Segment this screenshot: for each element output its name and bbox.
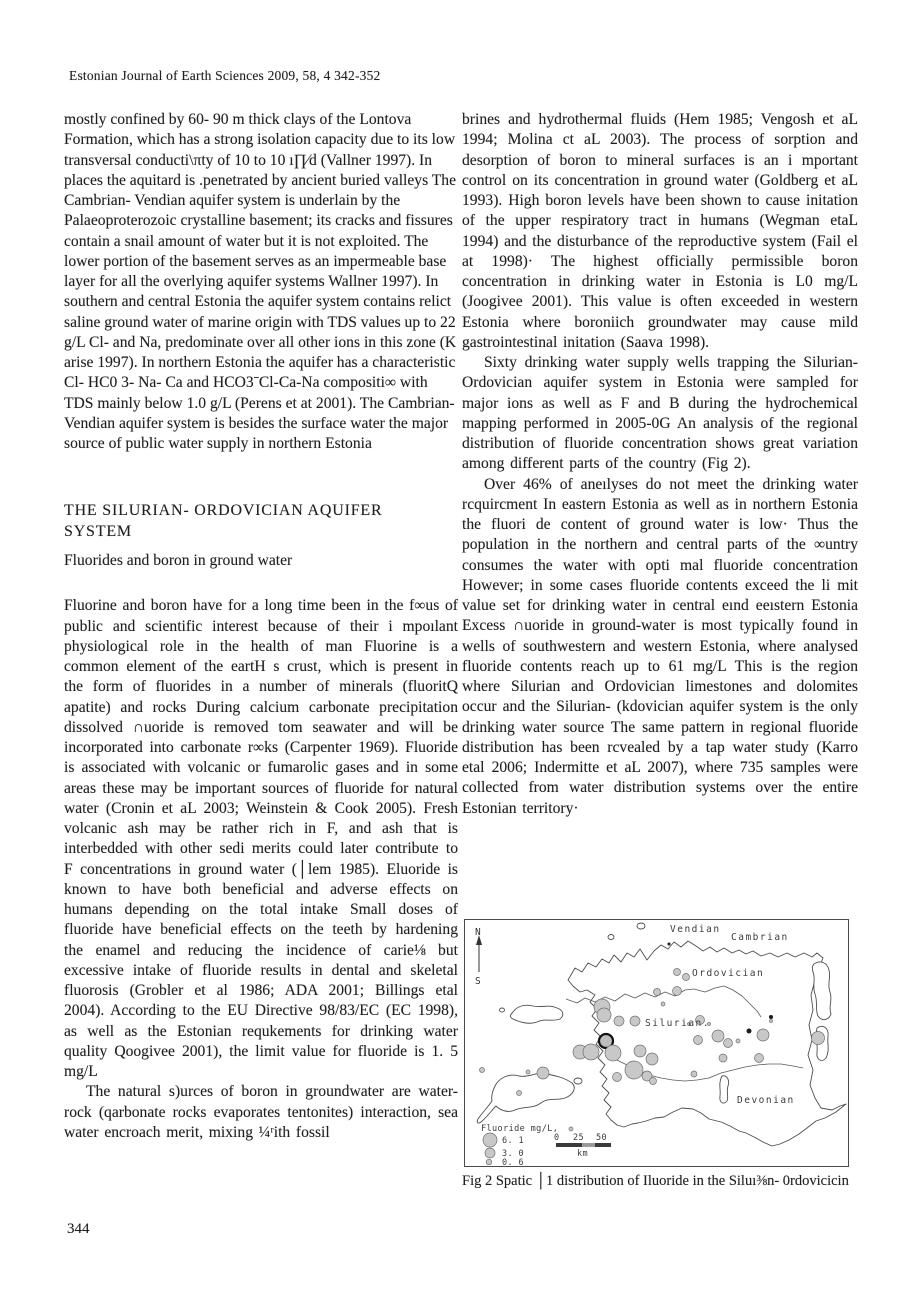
fluoride-well-circle — [614, 1016, 624, 1026]
paragraph-over-46: Over 46% of aneılyses do not meet the dr… — [462, 475, 858, 819]
fluoride-well-circle — [654, 989, 661, 996]
fluoride-well-circle — [668, 943, 671, 946]
fluoride-well-circle — [661, 1002, 665, 1006]
fluoride-well-circle — [712, 1030, 724, 1042]
left-column: mostly confined by 60- 90 m thick clays … — [64, 110, 458, 1143]
journal-header: Estonian Journal of Earth Sciences 2009,… — [69, 68, 381, 84]
region-label-ordovician: Ordovician — [692, 968, 764, 979]
section-heading-line1: THE SILURIAN- ORDOVICIAN AQUIFER — [64, 502, 382, 519]
figure-caption: Fig 2 Spatic │1 distribution of Iluoride… — [462, 1173, 872, 1190]
lake-vortsjarv-outline — [720, 1076, 729, 1103]
figure-2-map: N S Vendian Cambrian — [464, 919, 849, 1167]
paragraph-boron-sources: The natural s)urces of boron in groundwa… — [64, 1082, 458, 1143]
fluoride-well-circle — [634, 1045, 646, 1057]
scale-bar: 0 25 50 km — [554, 1133, 611, 1159]
compass-north-label: N — [475, 927, 481, 938]
paragraph-aquifer-confinement: mostly confined by 60- 90 m thick clays … — [64, 110, 458, 454]
fluoride-well-circle — [755, 1054, 764, 1063]
saaremaa-island — [477, 1073, 574, 1123]
legend-label-small: 0. 6 — [502, 1158, 524, 1166]
ordovician-silurian-boundary — [566, 986, 761, 1017]
legend-title: Fluoride mg/L, — [481, 1124, 558, 1134]
fluoride-well-circle — [646, 1053, 658, 1065]
fluoride-well-circle — [674, 969, 681, 976]
section-heading-line2: SYSTEM — [64, 523, 132, 540]
fluoride-well-circle — [613, 1073, 622, 1082]
scale-unit: km — [577, 1149, 588, 1159]
region-label-vendian: Vendian — [670, 924, 721, 935]
fluoride-well-circle — [569, 1127, 573, 1131]
section-subheading: Fluorides and boron in ground water — [64, 551, 458, 571]
section-heading: THE SILURIAN- ORDOVICIAN AQUIFER SYSTEM — [64, 500, 458, 542]
scale-segment-1 — [556, 1143, 582, 1147]
fluoride-well-circle — [812, 1032, 825, 1045]
hiiumaa-island — [510, 1005, 562, 1023]
journal-page: Estonian Journal of Earth Sciences 2009,… — [0, 0, 920, 1309]
fluoride-well-circle — [719, 1054, 727, 1062]
right-column: brines and hydrothermal fluids (Hem 1985… — [462, 110, 858, 819]
fluoride-well-circle — [625, 1061, 643, 1079]
fluoride-well-circle — [605, 1045, 621, 1061]
fluoride-well-circle — [724, 1039, 733, 1048]
scale-tick-0: 0 — [554, 1133, 560, 1143]
fluoride-well-circle — [673, 987, 682, 996]
lake-peipus-outline — [812, 962, 831, 1020]
paragraph-brines: brines and hydrothermal fluids (Hem 1985… — [462, 110, 858, 353]
fluoride-well-circle — [770, 1020, 773, 1023]
scale-tick-50: 50 — [596, 1133, 607, 1143]
paragraph-fluorine-boron: Fluorine and boron have for a long time … — [64, 596, 458, 1082]
scale-tick-25: 25 — [573, 1133, 584, 1143]
fluoride-well-circle — [683, 974, 690, 981]
scale-segment-3 — [595, 1143, 611, 1147]
fluoride-well-circle — [769, 1015, 773, 1019]
fluoride-well-circle — [597, 1008, 611, 1022]
fluoride-well-circle — [526, 1070, 530, 1074]
legend-circle-medium — [485, 1148, 495, 1158]
fluoride-well-circle — [517, 1091, 522, 1096]
north-islet — [637, 923, 645, 929]
fluoride-well-circle — [537, 1067, 549, 1079]
west-islet — [500, 1008, 505, 1012]
page-number: 344 — [67, 1221, 90, 1238]
map-svg: N S Vendian Cambrian — [465, 920, 848, 1166]
region-label-devonian: Devonian — [737, 1095, 795, 1106]
paragraph-sixty-wells: Sixty drinking water supply wells trappi… — [462, 353, 858, 475]
scale-segment-2 — [582, 1143, 595, 1147]
fluoride-well-circle — [691, 1071, 697, 1077]
legend-circle-small — [486, 1159, 492, 1165]
muhu-islet — [574, 1078, 582, 1084]
fluoride-well-circle — [757, 1029, 769, 1041]
fluoride-well-circle — [480, 1068, 485, 1073]
legend-label-large: 6. 1 — [502, 1136, 524, 1146]
compass-south-label: S — [475, 976, 481, 987]
fluoride-well-circle — [747, 1029, 752, 1034]
legend-circle-large — [483, 1133, 497, 1147]
region-label-silurian: Silurian. — [645, 1018, 710, 1029]
fluoride-well-circle — [694, 1036, 703, 1045]
fluoride-well-circle — [736, 1039, 740, 1043]
fluoride-well-circle — [650, 1078, 657, 1085]
fluoride-well-circle — [630, 1016, 640, 1026]
north-islet-2 — [608, 935, 614, 940]
fluoride-well-circle — [583, 1044, 599, 1060]
region-label-cambrian: Cambrian — [731, 932, 789, 943]
map-legend: Fluoride mg/L, 6. 1 3. 0 0. 6 — [481, 1124, 558, 1166]
